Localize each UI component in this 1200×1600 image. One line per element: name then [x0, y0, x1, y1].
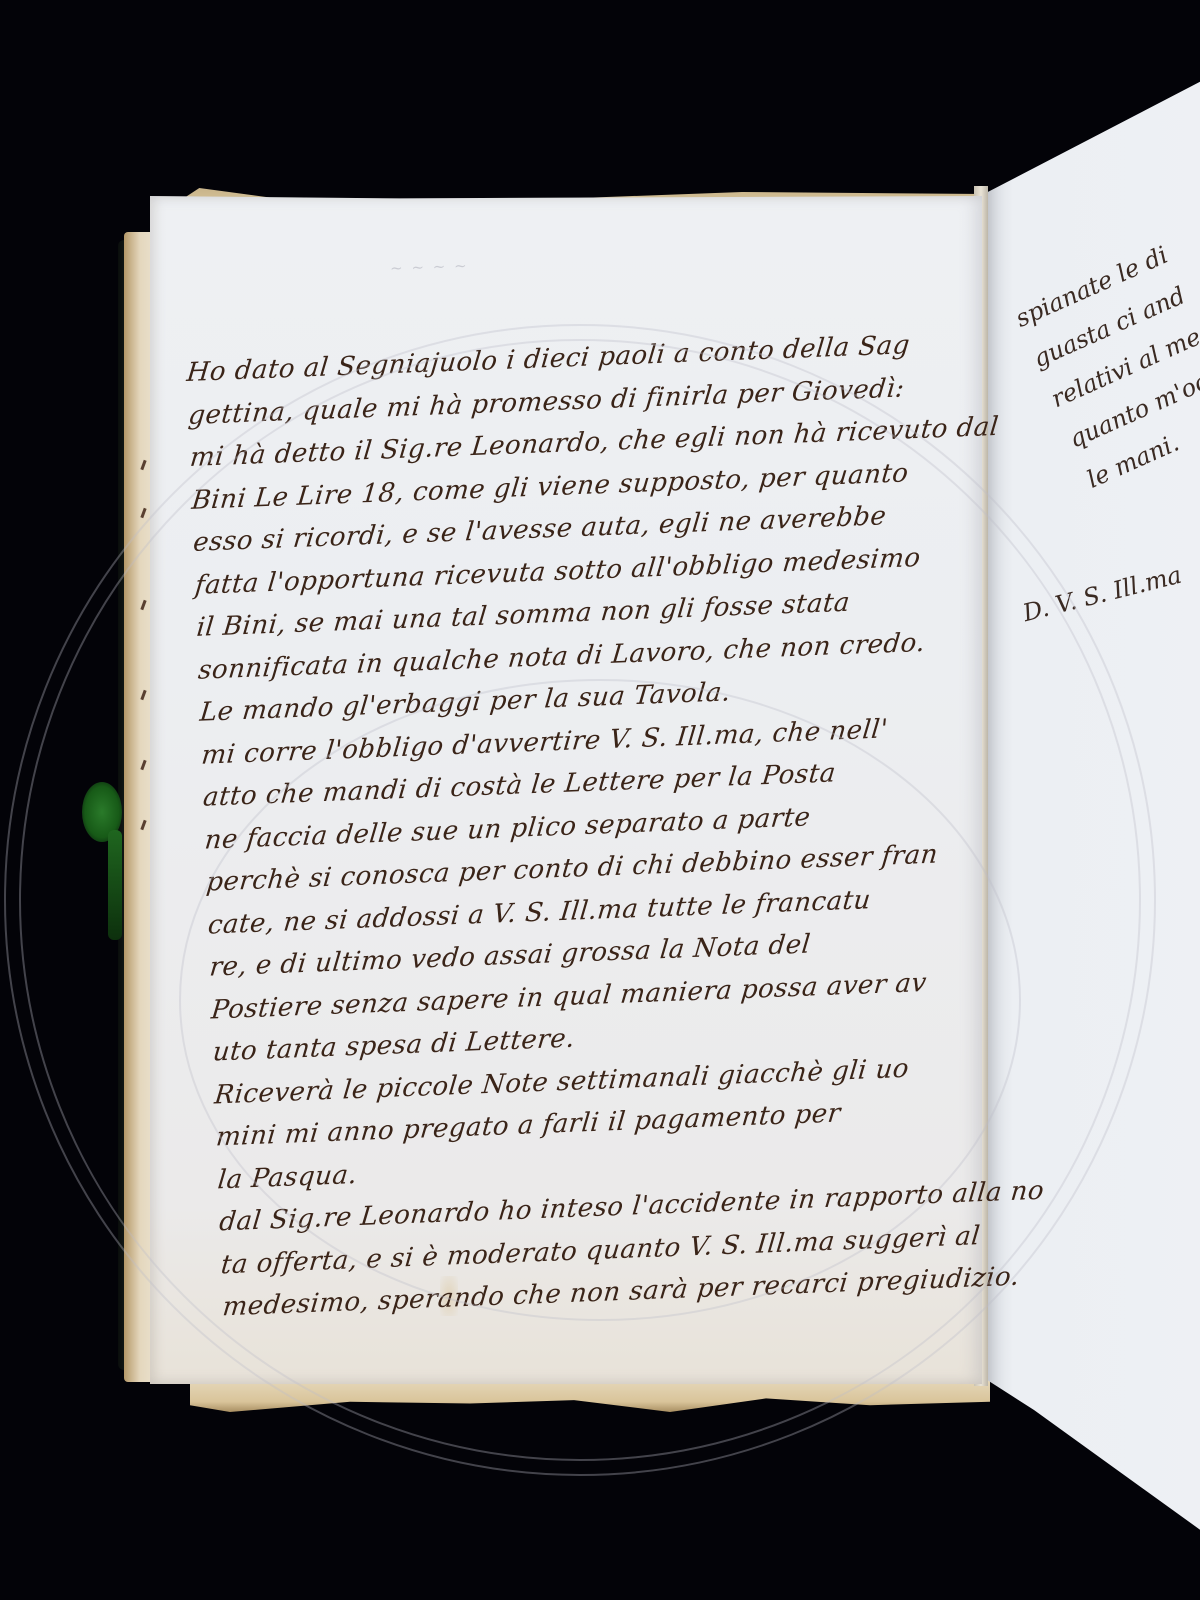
manuscript-photo: ~ ~ ~ ~ Ho dato al Segniajuolo i dieci p…	[0, 0, 1200, 1600]
green-ribbon-tail	[108, 830, 122, 940]
margin-ticks	[142, 460, 156, 860]
faint-bleedthrough-header: ~ ~ ~ ~	[390, 245, 810, 280]
left-page-handwriting: Ho dato al Segniajuolo i dieci paoli a c…	[186, 321, 1023, 1328]
